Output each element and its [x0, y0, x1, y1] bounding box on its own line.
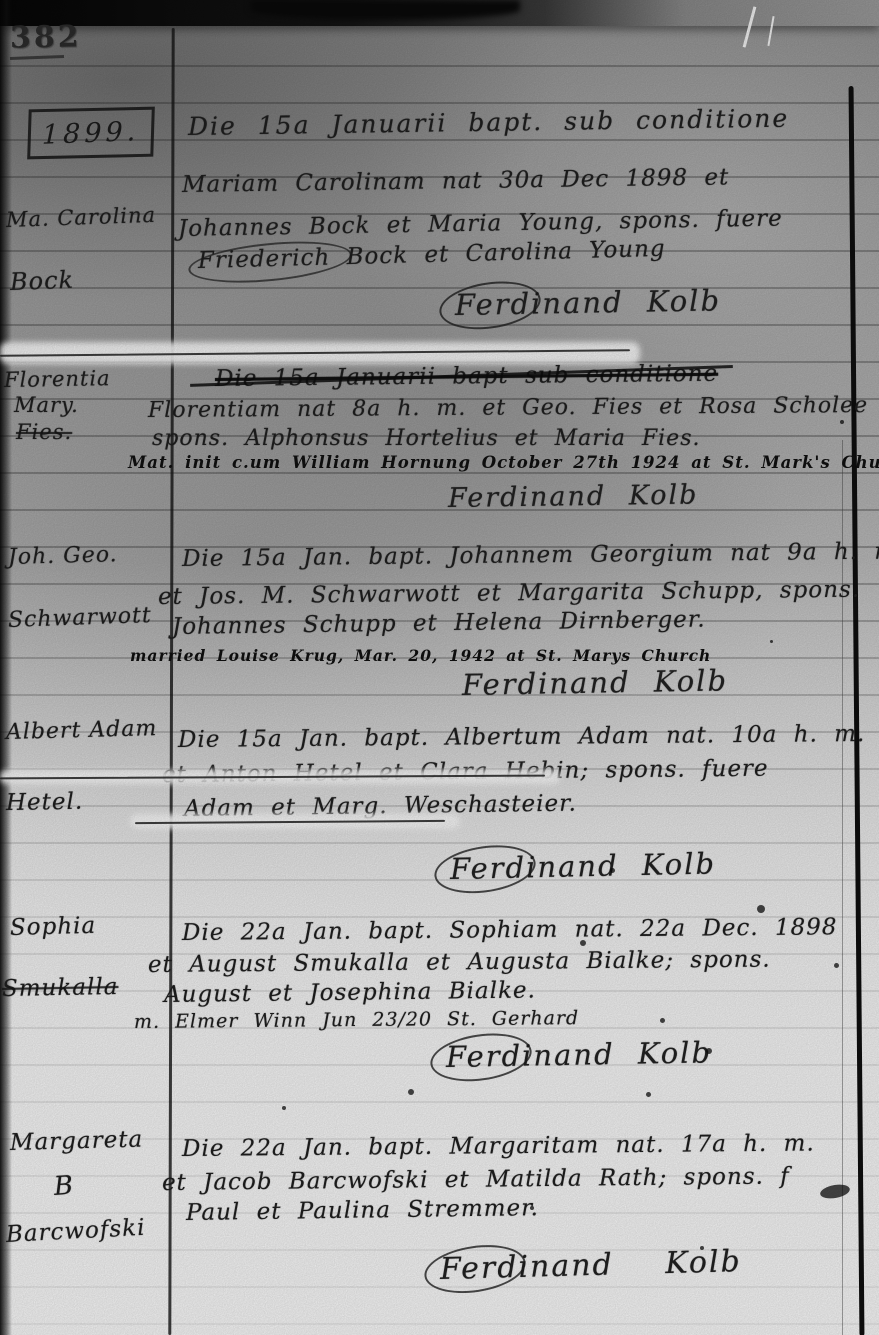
entry5-margin-name: Sophia [10, 913, 97, 941]
entry1-margin-name: Ma. Carolina [6, 203, 157, 232]
priest-signature: Ferdinand Kolb [450, 846, 717, 886]
entry1-margin-surname: Bock [10, 266, 75, 296]
entry4-margin-name: Albert Adam [6, 716, 158, 745]
entry1-line: Johannes Bock et Maria Young, spons. fue… [178, 205, 783, 242]
page-fold-line [849, 86, 865, 1335]
entry3-line: Johannes Schupp et Helena Dirnberger. [172, 607, 706, 640]
entry2-date-line: Die 15a Januarii bapt sub conditione [215, 361, 718, 392]
ruled-line-vertical [168, 28, 174, 1335]
entry4-margin-surname: Hetel. [6, 789, 84, 816]
page-number: 382 [10, 19, 82, 55]
entry3-margin-name: Joh. Geo. [8, 542, 118, 570]
entry6-line: et Jacob Barcwofski et Matilda Rath; spo… [162, 1163, 790, 1196]
entry1-date-line: Die 15a Januarii bapt. sub conditione [188, 104, 790, 141]
priest-signature: Ferdinand Kolb [448, 480, 699, 514]
priest-signature: Ferdinand Kolb [462, 663, 729, 702]
scan-speck [610, 868, 615, 873]
scan-speck [770, 640, 773, 643]
entry6-margin-initial: B [53, 1171, 75, 1202]
scan-speck [706, 1048, 712, 1054]
year-box: 1899. [27, 107, 155, 160]
entry2-line: Florentiam nat 8a h. m. et Geo. Fies et … [148, 393, 868, 423]
scan-speck [580, 940, 586, 946]
priest-signature: Ferdinand Kolb [455, 283, 722, 322]
scan-speck [819, 1182, 851, 1200]
entry6-line: Paul et Paulina Stremmer. [186, 1195, 539, 1226]
entry5-margin-surname: Smukalla [2, 974, 119, 1002]
scan-speck [757, 905, 765, 913]
priest-signature: Ferdinand Kolb [440, 1244, 743, 1287]
entry6-margin-name: Margareta [10, 1127, 144, 1156]
entry1-line: Mariam Carolinam nat 30a Dec 1898 et [182, 164, 730, 198]
entry5-annotation-line: m. Elmer Winn Jun 23/20 St. Gerhard [134, 1007, 579, 1033]
entry3-margin-surname: Schwarwott [8, 603, 153, 633]
entry5-line: et August Smukalla et Augusta Bialke; sp… [148, 947, 771, 978]
entry2-margin-name: Mary. [14, 393, 79, 417]
scan-speck [530, 1206, 534, 1210]
scan-speck [840, 420, 844, 424]
entry4-date-line: Die 15a Jan. bapt. Albertum Adam nat. 10… [178, 721, 865, 753]
entry2-margin-name: Florentia [4, 366, 111, 392]
scan-speck [646, 1092, 651, 1097]
scan-speck [282, 1106, 286, 1110]
marriage-annotation: Mat. init c.um William Hornung October 2… [128, 453, 879, 472]
entry6-margin-surname: Barcwofski [5, 1215, 146, 1248]
priest-signature: Ferdinand Kolb [446, 1035, 713, 1074]
entry5-date-line: Die 22a Jan. bapt. Sophiam nat. 22a Dec.… [182, 914, 838, 946]
scan-speck [408, 1089, 414, 1095]
entry2-margin-surname: Fies. [16, 420, 72, 444]
scan-speck [834, 963, 839, 968]
scan-blotch [250, 0, 520, 20]
page-number-underline [10, 55, 64, 60]
scan-speck [700, 1246, 704, 1250]
entry6-date-line: Die 22a Jan. bapt. Margaritam nat. 17a h… [182, 1130, 815, 1162]
year-label: 1899. [42, 116, 140, 151]
entry3-date-line: Die 15a Jan. bapt. Johannem Georgium nat… [182, 538, 879, 572]
entry2-line: spons. Alphonsus Hortelius et Maria Fies… [152, 426, 701, 451]
entry5-line: August et Josephina Bialke. [164, 977, 536, 1008]
marriage-annotation: married Louise Krug, Mar. 20, 1942 at St… [130, 646, 711, 665]
scan-speck [660, 1018, 665, 1023]
scanned-baptismal-register-page: 382 1899. Die 15a Januarii bapt. sub con… [0, 0, 879, 1335]
entry3-line: et Jos. M. Schwarwott et Margarita Schup… [158, 577, 860, 610]
ruled-line-vertical-right [842, 440, 843, 1335]
entry1-line: Friederich Bock et Carolina Young [198, 236, 666, 274]
